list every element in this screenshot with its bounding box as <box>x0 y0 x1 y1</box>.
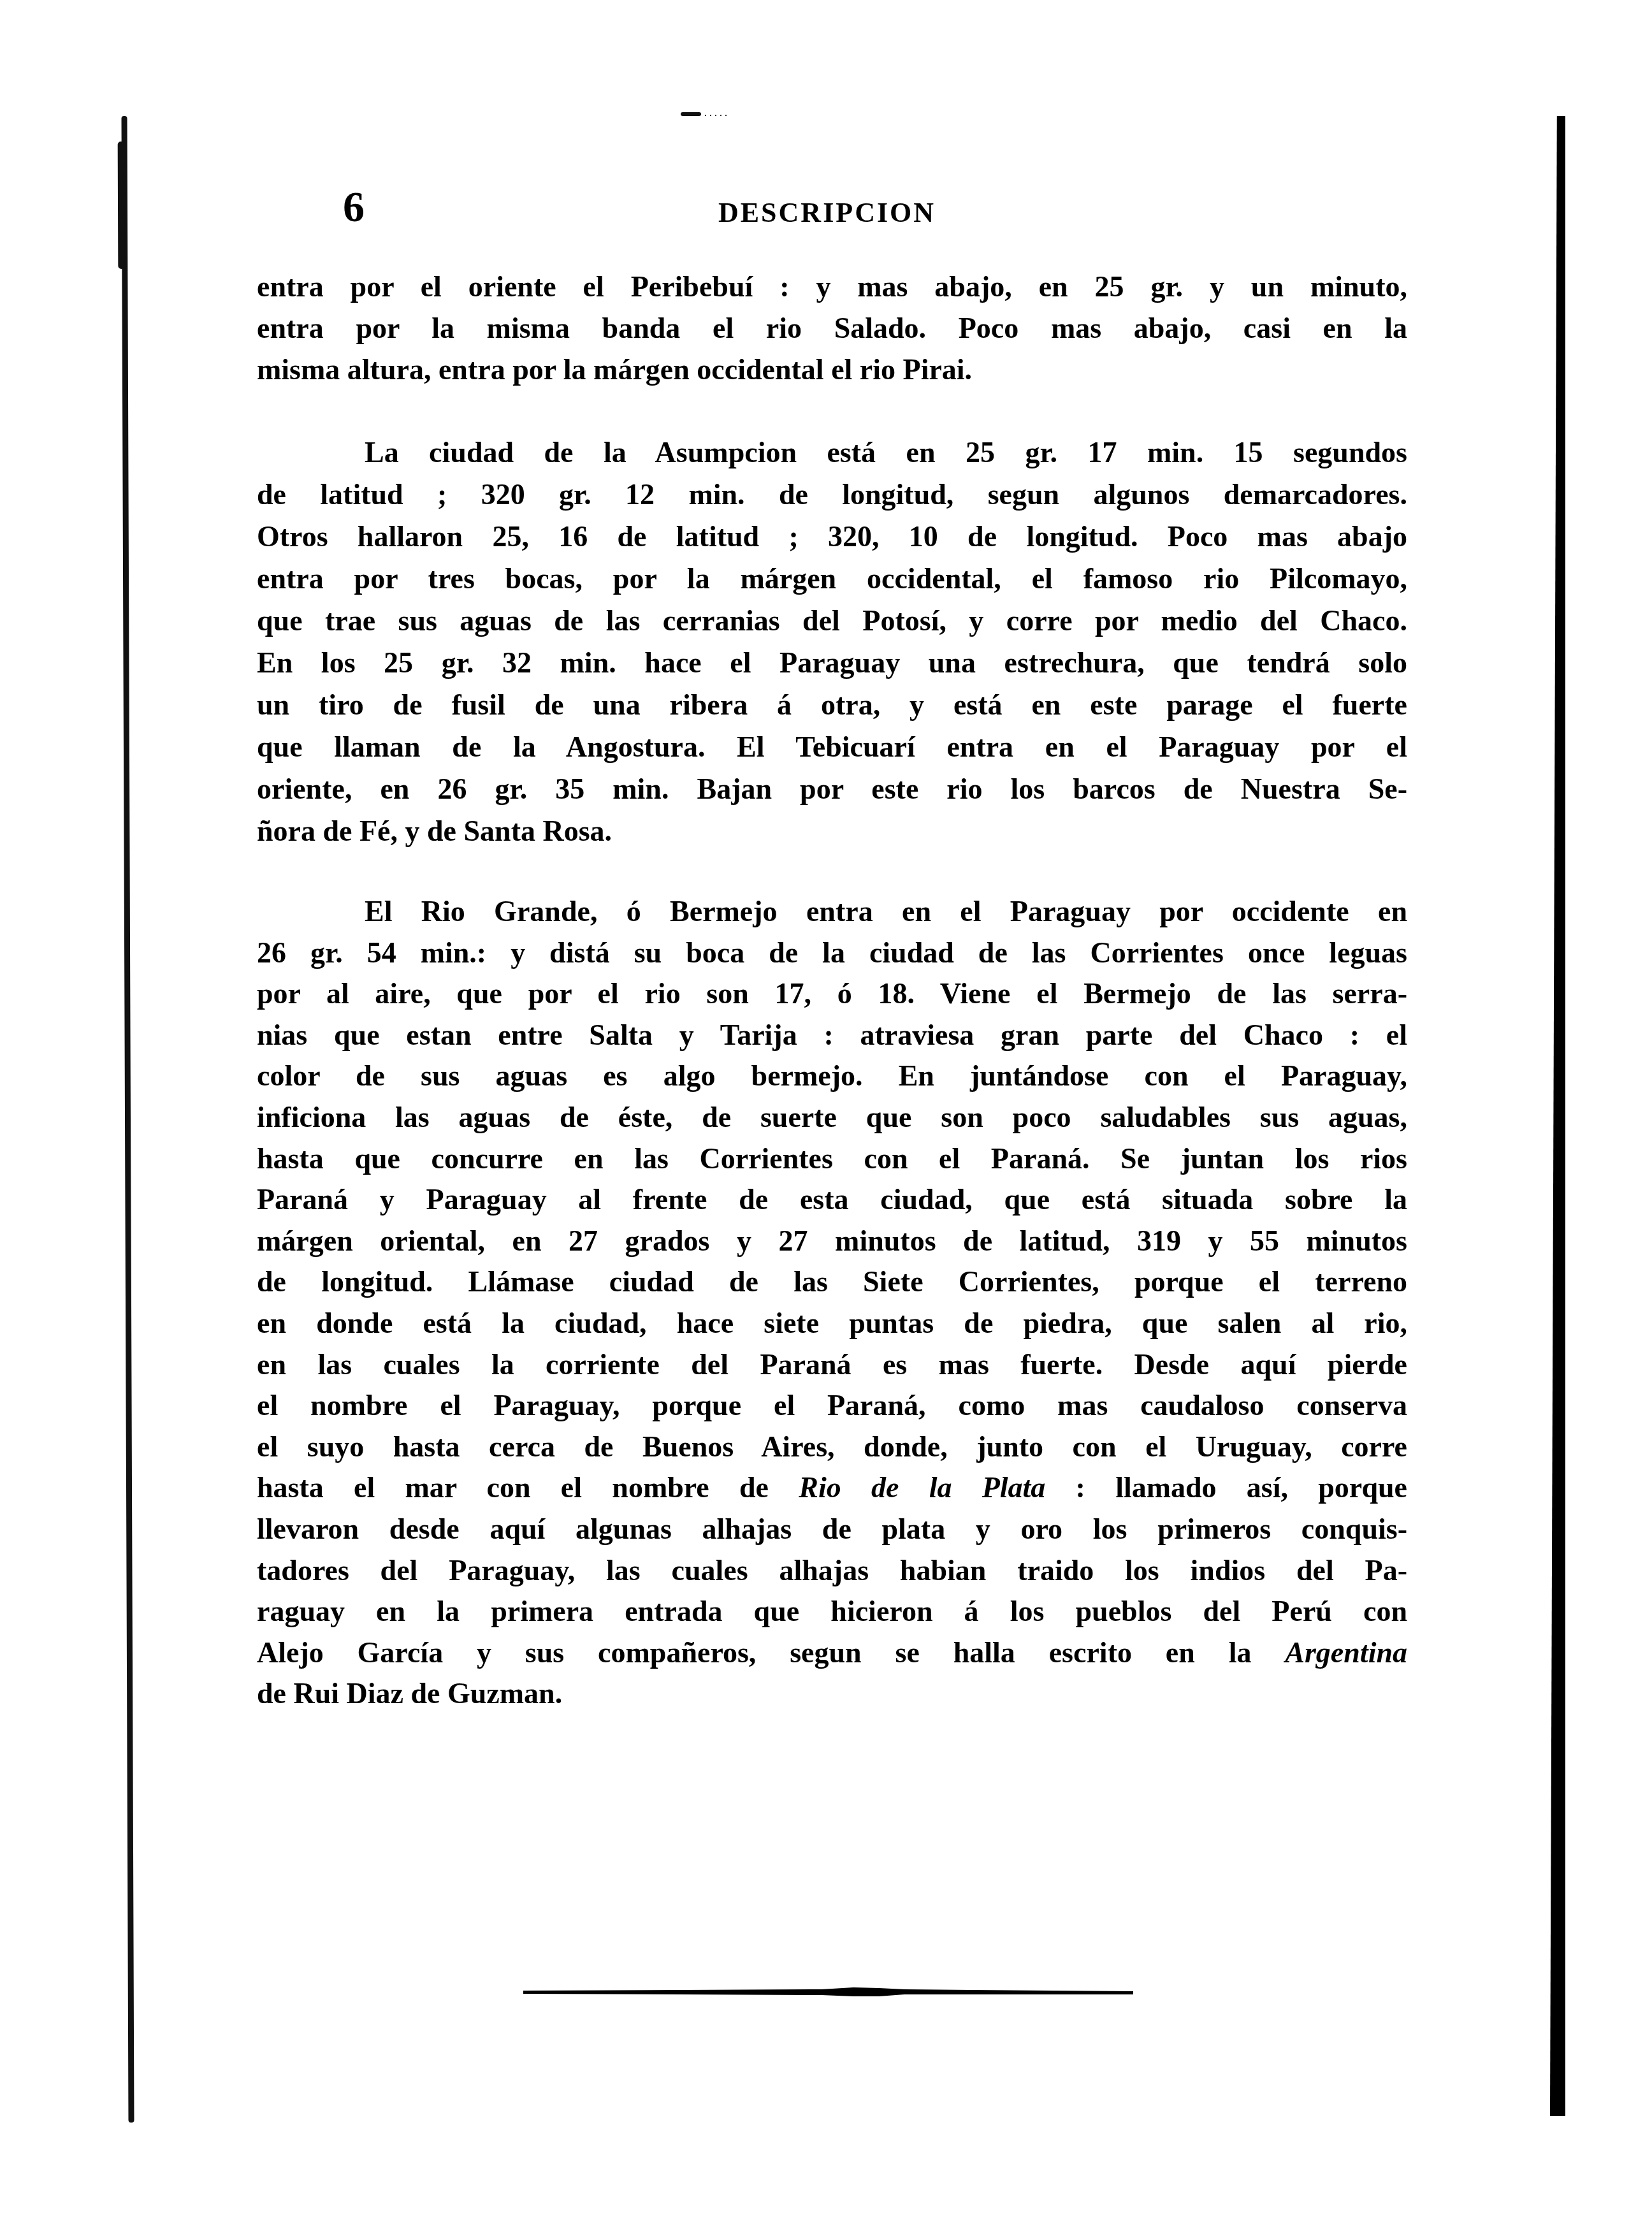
text-line: entra por la misma banda el rio Salado. … <box>257 314 1407 343</box>
text-line: entra por tres bocas, por la márgen occi… <box>257 564 1407 593</box>
text-line: el suyo hasta cerca de Buenos Aires, don… <box>257 1432 1407 1462</box>
text-line: entra por el oriente el Peribebuí : y ma… <box>257 272 1407 301</box>
text-line: que trae sus aguas de las cerranias del … <box>257 606 1407 635</box>
text-line: color de sus aguas es algo bermejo. En j… <box>257 1061 1407 1091</box>
text-line: de Rui Diaz de Guzman. <box>257 1679 1407 1708</box>
closing-rule <box>522 1987 1134 1996</box>
body-text: entra por el oriente el Peribebuí : y ma… <box>0 0 1652 2236</box>
text-line: raguay en la primera entrada que hiciero… <box>257 1597 1407 1626</box>
italic-title: Argentina <box>1285 1636 1407 1669</box>
text-line: en donde está la ciudad, hace siete punt… <box>257 1309 1407 1338</box>
text-line: oriente, en 26 gr. 35 min. Bajan por est… <box>257 774 1407 804</box>
text-line: márgen oriental, en 27 grados y 27 minut… <box>257 1226 1407 1256</box>
text-line: tadores del Paraguay, las cuales alhajas… <box>257 1556 1407 1585</box>
text-line: de latitud ; 320 gr. 12 min. de longitud… <box>257 480 1407 509</box>
text-line: el nombre el Paraguay, porque el Paraná,… <box>257 1391 1407 1420</box>
text-line: en las cuales la corriente del Paraná es… <box>257 1350 1407 1379</box>
text-line: hasta el mar con el nombre de Rio de la … <box>257 1473 1407 1502</box>
text-line: de longitud. Llámase ciudad de las Siete… <box>257 1267 1407 1296</box>
text-line: Alejo García y sus compañeros, segun se … <box>257 1638 1407 1667</box>
text-line: El Rio Grande, ó Bermejo entra en el Par… <box>365 897 1407 926</box>
text-line: ñora de Fé, y de Santa Rosa. <box>257 817 1407 846</box>
text-line: Otros hallaron 25, 16 de latitud ; 320, … <box>257 522 1407 551</box>
text-line: En los 25 gr. 32 min. hace el Paraguay u… <box>257 648 1407 678</box>
text-line: misma altura, entra por la márgen occide… <box>257 355 1407 384</box>
text-line: inficiona las aguas de éste, de suerte q… <box>257 1103 1407 1132</box>
italic-title: Rio de la Plata <box>799 1471 1045 1504</box>
text-line: que llaman de la Angostura. El Tebicuarí… <box>257 732 1407 762</box>
text-line: hasta que concurre en las Corrientes con… <box>257 1144 1407 1173</box>
text-line: La ciudad de la Asumpcion está en 25 gr.… <box>365 438 1407 467</box>
text-line: nias que estan entre Salta y Tarija : at… <box>257 1020 1407 1050</box>
text-line: por al aire, que por el rio son 17, ó 18… <box>257 979 1407 1008</box>
text-line: llevaron desde aquí algunas alhajas de p… <box>257 1514 1407 1544</box>
book-page: 6 DESCRIPCION entra por el oriente el Pe… <box>0 0 1652 2236</box>
text-line: Paraná y Paraguay al frente de esta ciud… <box>257 1185 1407 1214</box>
text-line: un tiro de fusil de una ribera á otra, y… <box>257 690 1407 720</box>
text-line: 26 gr. 54 min.: y distá su boca de la ci… <box>257 938 1407 968</box>
